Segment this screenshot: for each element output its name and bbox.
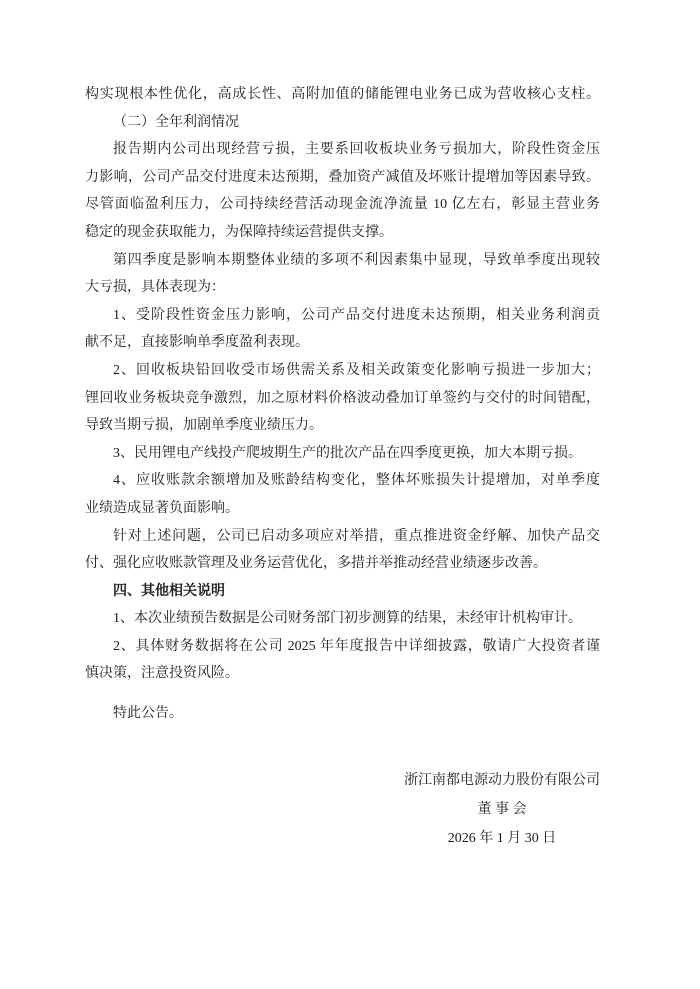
list-item-2-line: 锂回收业务板块竞争激烈，加之原材料价格波动叠加订单签约与交付的时间错配， — [85, 385, 600, 413]
note-line-2: 2、具体财务数据将在公司 2025 年年度报告中详细披露，敬请广大投资者谨 — [85, 633, 600, 661]
list-item-1-line: 献不足，直接影响单季度盈利表现。 — [85, 329, 600, 357]
note-line-2: 慎决策，注意投资风险。 — [85, 660, 600, 688]
document-body: 构实现根本性优化，高成长性、高附加值的储能锂电业务已成为营收核心支柱。（二）全年… — [85, 81, 600, 853]
body-line: 尽管面临盈利压力，公司持续经营活动现金流净流量 10 亿左右，彰显主营业务 — [85, 191, 600, 219]
document-page: 构实现根本性优化，高成长性、高附加值的储能锂电业务已成为营收核心支柱。（二）全年… — [0, 0, 700, 989]
signature-wrapper: 浙江南都电源动力股份有限公司 董 事 会 2026 年 1 月 30 日 — [85, 766, 600, 853]
announcement-date: 2026 年 1 月 30 日 — [404, 824, 600, 853]
body-line: 大亏损，具体表现为： — [85, 274, 600, 302]
list-item-4-line: 4、应收账款余额增加及账龄结构变化，整体坏账损失计提增加，对单季度 — [85, 467, 600, 495]
body-line: 付、强化应收账款管理及业务运营优化，多措并举推动经营业绩逐步改善。 — [85, 550, 600, 578]
list-item-2-line: 2、回收板块铅回收受市场供需关系及相关政策变化影响亏损进一步加大； — [85, 357, 600, 385]
subsection-heading-annual-profit: （二）全年利润情况 — [85, 109, 600, 137]
body-line-continuation: 构实现根本性优化，高成长性、高附加值的储能锂电业务已成为营收核心支柱。 — [85, 81, 600, 109]
board-of-directors-line: 董 事 会 — [404, 795, 600, 824]
body-line: 第四季度是影响本期整体业绩的多项不利因素集中显现，导致单季度出现较 — [85, 247, 600, 275]
list-item-3-line: 3、民用锂电产线投产爬坡期生产的批次产品在四季度更换，加大本期亏损。 — [85, 440, 600, 468]
list-item-1-line: 1、受阶段性资金压力影响，公司产品交付进度未达预期，相关业务利润贡 — [85, 302, 600, 330]
closing-statement: 特此公告。 — [85, 700, 600, 728]
signature-block: 浙江南都电源动力股份有限公司 董 事 会 2026 年 1 月 30 日 — [404, 766, 600, 853]
list-item-4-line: 业绩造成显著负面影响。 — [85, 495, 600, 523]
body-line: 稳定的现金获取能力，为保障持续运营提供支撑。 — [85, 219, 600, 247]
body-line: 力影响，公司产品交付进度未达预期，叠加资产减值及坏账计提增加等因素导致。 — [85, 164, 600, 192]
list-item-2-line: 导致当期亏损，加剧单季度业绩压力。 — [85, 412, 600, 440]
company-name: 浙江南都电源动力股份有限公司 — [404, 766, 600, 795]
body-line: 针对上述问题，公司已启动多项应对举措，重点推进资金纾解、加快产品交 — [85, 523, 600, 551]
body-line: 报告期内公司出现经营亏损，主要系回收板块业务亏损加大，阶段性资金压 — [85, 136, 600, 164]
note-line-1: 1、本次业绩预告数据是公司财务部门初步测算的结果，未经审计机构审计。 — [85, 605, 600, 633]
document-lines: 构实现根本性优化，高成长性、高附加值的储能锂电业务已成为营收核心支柱。（二）全年… — [85, 81, 600, 728]
section-heading-other-notes: 四、其他相关说明 — [85, 578, 600, 606]
